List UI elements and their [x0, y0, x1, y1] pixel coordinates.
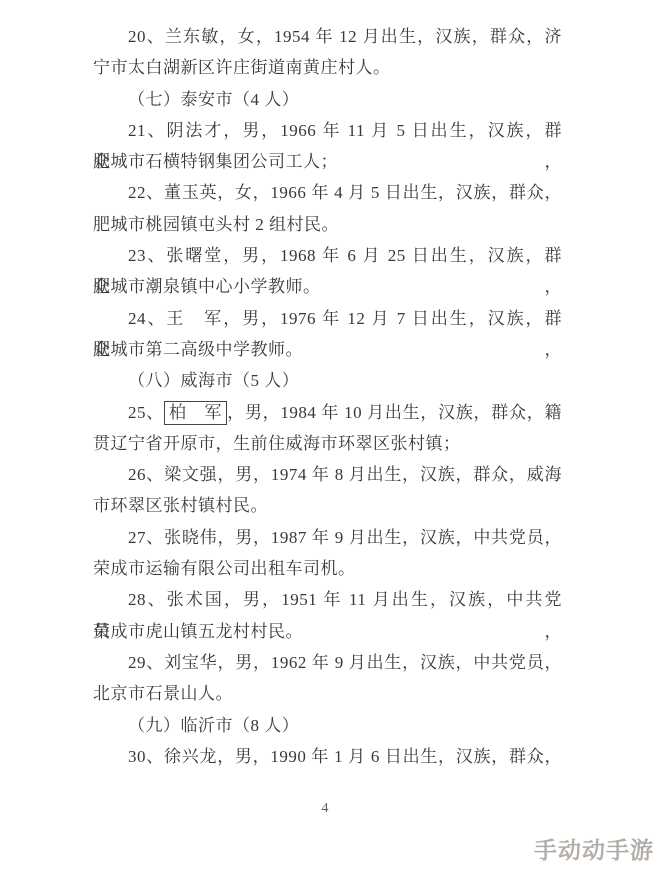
line-text: 北京市石景山人。 [93, 684, 233, 703]
entry-line: 27、张晓伟，男，1987 年 9 月出生，汉族，中共党员， [93, 522, 562, 553]
entry-line: 22、董玉英，女，1966 年 4 月 5 日出生，汉族，群众， [93, 177, 562, 208]
line-text: （八）威海市（5 人） [128, 371, 299, 390]
line-text: 贯辽宁省开原市，生前住威海市环翠区张村镇； [93, 434, 461, 453]
section-heading: （八）威海市（5 人） [93, 365, 562, 396]
watermark-text: 手动动手游 [534, 832, 654, 865]
entry-line: 肥城市桃园镇屯头村 2 组村民。 [93, 209, 562, 240]
line-text: 肥城市第二高级中学教师。 [93, 340, 303, 359]
line-text: 宁市太白湖新区许庄街道南黄庄村人。 [93, 58, 391, 77]
line-text: 荣成市虎山镇五龙村村民。 [93, 622, 303, 641]
document-page: { "document": { "lines": [ { "kind": "en… [0, 0, 656, 874]
section-heading: （九）临沂市（8 人） [93, 710, 562, 741]
section-heading: （七）泰安市（4 人） [93, 84, 562, 115]
entry-line: 23、张曙堂，男，1968 年 6 月 25 日出生，汉族，群众， [93, 240, 562, 271]
document-body: 20、兰东敏，女，1954 年 12 月出生，汉族，群众，济宁市太白湖新区许庄街… [93, 21, 562, 772]
line-text: 荣成市运输有限公司出租车司机。 [93, 559, 356, 578]
entry-line: 25、柏 军，男，1984 年 10 月出生，汉族，群众，籍 [93, 397, 562, 428]
entry-line: 30、徐兴龙，男，1990 年 1 月 6 日出生，汉族，群众， [93, 741, 562, 772]
entry-line: 荣成市运输有限公司出租车司机。 [93, 553, 562, 584]
line-text: 市环翠区张村镇村民。 [93, 496, 268, 515]
line-text: 肥城市石横特钢集团公司工人； [93, 152, 338, 171]
line-text: 22、董玉英，女，1966 年 4 月 5 日出生，汉族，群众， [128, 183, 562, 202]
line-text: 29、刘宝华，男，1962 年 9 月出生，汉族，中共党员， [128, 653, 562, 672]
entry-line: 市环翠区张村镇村民。 [93, 490, 562, 521]
line-text: ，男，1984 年 10 月出生，汉族，群众，籍 [227, 403, 562, 422]
line-text: 30、徐兴龙，男，1990 年 1 月 6 日出生，汉族，群众， [128, 747, 562, 766]
line-text: 26、梁文强，男，1974 年 8 月出生，汉族，群众，威海 [128, 465, 562, 484]
entry-line: 宁市太白湖新区许庄街道南黄庄村人。 [93, 52, 562, 83]
line-text: （七）泰安市（4 人） [128, 90, 299, 109]
entry-line: 北京市石景山人。 [93, 678, 562, 709]
page-number: 4 [0, 801, 650, 817]
line-text: 25、 [128, 403, 164, 422]
entry-line: 贯辽宁省开原市，生前住威海市环翠区张村镇； [93, 428, 562, 459]
line-text: 20、兰东敏，女，1954 年 12 月出生，汉族，群众，济 [128, 27, 562, 46]
entry-line: 21、阴法才，男，1966 年 11 月 5 日出生，汉族，群众， [93, 115, 562, 146]
entry-line: 26、梁文强，男，1974 年 8 月出生，汉族，群众，威海 [93, 459, 562, 490]
entry-line: 28、张术国，男，1951 年 11 月出生，汉族，中共党员， [93, 584, 562, 615]
line-text: 27、张晓伟，男，1987 年 9 月出生，汉族，中共党员， [128, 528, 562, 547]
entry-line: 20、兰东敏，女，1954 年 12 月出生，汉族，群众，济 [93, 21, 562, 52]
entry-line: 24、王 军，男，1976 年 12 月 7 日出生，汉族，群众， [93, 303, 562, 334]
line-text: （九）临沂市（8 人） [128, 716, 299, 735]
line-text: 肥城市潮泉镇中心小学教师。 [93, 277, 321, 296]
boxed-name: 柏 军 [164, 401, 227, 425]
line-text: 肥城市桃园镇屯头村 2 组村民。 [93, 215, 339, 234]
entry-line: 29、刘宝华，男，1962 年 9 月出生，汉族，中共党员， [93, 647, 562, 678]
